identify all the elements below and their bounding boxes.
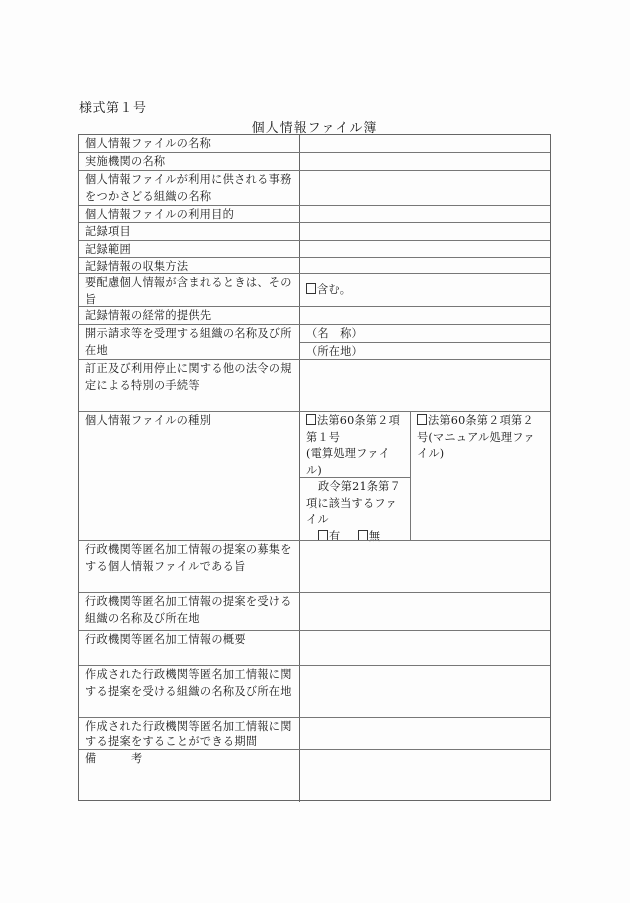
row-disclosure-org: 開示請求等を受理する組織の名称及び所在地 （名 称） （所在地）: [79, 324, 550, 359]
value-record-scope[interactable]: [300, 241, 550, 257]
label-created-proposal-org: 作成された行政機関等匿名加工情報に関する提案を受ける組織の名称及び所在地: [79, 666, 300, 717]
value-purpose[interactable]: [300, 206, 550, 222]
label-proposal-period: 作成された行政機関等匿名加工情報に関する提案をすることができる期間: [79, 718, 300, 749]
value-remarks[interactable]: [300, 750, 550, 802]
value-disclosure-org: （名 称） （所在地）: [300, 325, 550, 359]
value-proposal-solicitation[interactable]: [300, 541, 550, 592]
value-special-procedures[interactable]: [300, 360, 550, 411]
row-proposal-solicitation: 行政機関等匿名加工情報の提案の募集をする個人情報ファイルである旨: [79, 540, 550, 592]
row-managing-org: 個人情報ファイルが利用に供される事務をつかさどる組織の名称: [79, 170, 550, 205]
sub-question-line-2: 項に該当するファ: [306, 496, 404, 513]
row-proposal-receiving-org: 行政機関等匿名加工情報の提案を受ける組織の名称及び所在地: [79, 592, 550, 630]
value-collection-method[interactable]: [300, 258, 550, 273]
option-computer-file-line-2: 第１号: [306, 430, 404, 447]
label-record-scope: 記録範囲: [79, 241, 300, 257]
form-number: 様式第１号: [79, 97, 147, 116]
sub-question-line-1: 政令第21条第７: [306, 479, 404, 496]
option-manual-file-line-3: イル): [417, 446, 544, 463]
label-sensitive-info: 要配慮個人情報が含まれるときは、その旨: [79, 274, 300, 306]
sub-question-line-3: イル: [306, 512, 404, 529]
checkbox-computer-file[interactable]: [306, 414, 316, 425]
checkbox-manual-file[interactable]: [417, 414, 427, 425]
value-anonymized-overview[interactable]: [300, 631, 550, 665]
row-file-name: 個人情報ファイルの名称: [79, 135, 550, 152]
disclosure-org-name-field[interactable]: （名 称）: [300, 325, 550, 342]
row-record-scope: 記録範囲: [79, 240, 550, 257]
value-regular-recipients[interactable]: [300, 307, 550, 324]
row-purpose: 個人情報ファイルの利用目的: [79, 205, 550, 222]
disclosure-org-address-field[interactable]: （所在地）: [300, 343, 550, 360]
label-proposal-solicitation: 行政機関等匿名加工情報の提案の募集をする個人情報ファイルである旨: [79, 541, 300, 592]
value-file-type: 法第60条第２項 第１号 (電算処理ファイ ル) 政令第21条第７ 項に該当する…: [300, 412, 550, 540]
row-agency-name: 実施機関の名称: [79, 152, 550, 170]
checkbox-contains-sensitive[interactable]: [306, 283, 316, 294]
row-created-proposal-org: 作成された行政機関等匿名加工情報に関する提案を受ける組織の名称及び所在地: [79, 665, 550, 717]
value-agency-name[interactable]: [300, 153, 550, 170]
label-agency-name: 実施機関の名称: [79, 153, 300, 170]
value-record-items[interactable]: [300, 223, 550, 240]
row-remarks: 備 考: [79, 749, 550, 802]
label-disclosure-org: 開示請求等を受理する組織の名称及び所在地: [79, 325, 300, 359]
option-computer-file-line-3: (電算処理ファイ: [306, 446, 404, 463]
row-file-type: 個人情報ファイルの種別 法第60条第２項 第１号 (電算処理ファイ ル) 政令第…: [79, 411, 550, 540]
personal-info-file-register-table: 個人情報ファイルの名称 実施機関の名称 個人情報ファイルが利用に供される事務をつ…: [78, 134, 551, 801]
row-proposal-period: 作成された行政機関等匿名加工情報に関する提案をすることができる期間: [79, 717, 550, 749]
option-manual-file: 法第60条第２項第２ 号(マニュアル処理ファ イル): [411, 412, 550, 540]
ordinance-sub-question: 政令第21条第７ 項に該当するファ イル 有 無: [300, 478, 410, 540]
checkbox-label-contains: 含む。: [317, 283, 351, 296]
option-computer-file: 法第60条第２項 第１号 (電算処理ファイ ル): [300, 412, 410, 477]
value-sensitive-info: 含む。: [300, 274, 550, 306]
row-special-procedures: 訂正及び利用停止に関する他の法令の規定による特別の手続等: [79, 359, 550, 411]
value-file-name[interactable]: [300, 135, 550, 152]
value-proposal-period[interactable]: [300, 718, 550, 749]
value-proposal-receiving-org[interactable]: [300, 593, 550, 630]
label-purpose: 個人情報ファイルの利用目的: [79, 206, 300, 222]
value-managing-org[interactable]: [300, 171, 550, 205]
label-collection-method: 記録情報の収集方法: [79, 258, 300, 273]
label-remarks: 備 考: [79, 750, 300, 802]
label-file-type: 個人情報ファイルの種別: [79, 412, 300, 540]
row-sensitive-info: 要配慮個人情報が含まれるときは、その旨 含む。: [79, 273, 550, 306]
option-computer-file-line-1: 法第60条第２項: [317, 414, 400, 427]
label-managing-org: 個人情報ファイルが利用に供される事務をつかさどる組織の名称: [79, 171, 300, 205]
label-record-items: 記録項目: [79, 223, 300, 240]
option-manual-file-line-2: 号(マニュアル処理ファ: [417, 430, 544, 447]
label-special-procedures: 訂正及び利用停止に関する他の法令の規定による特別の手続等: [79, 360, 300, 411]
option-manual-file-line-1: 法第60条第２項第２: [428, 414, 534, 427]
label-proposal-receiving-org: 行政機関等匿名加工情報の提案を受ける組織の名称及び所在地: [79, 593, 300, 630]
value-created-proposal-org[interactable]: [300, 666, 550, 717]
checkbox-no[interactable]: [358, 530, 368, 541]
label-anonymized-overview: 行政機関等匿名加工情報の概要: [79, 631, 300, 665]
row-collection-method: 記録情報の収集方法: [79, 257, 550, 273]
row-regular-recipients: 記録情報の経常的提供先: [79, 306, 550, 324]
row-record-items: 記録項目: [79, 222, 550, 240]
checkbox-yes[interactable]: [318, 530, 328, 541]
label-file-name: 個人情報ファイルの名称: [79, 135, 300, 152]
row-anonymized-overview: 行政機関等匿名加工情報の概要: [79, 630, 550, 665]
label-regular-recipients: 記録情報の経常的提供先: [79, 307, 300, 324]
